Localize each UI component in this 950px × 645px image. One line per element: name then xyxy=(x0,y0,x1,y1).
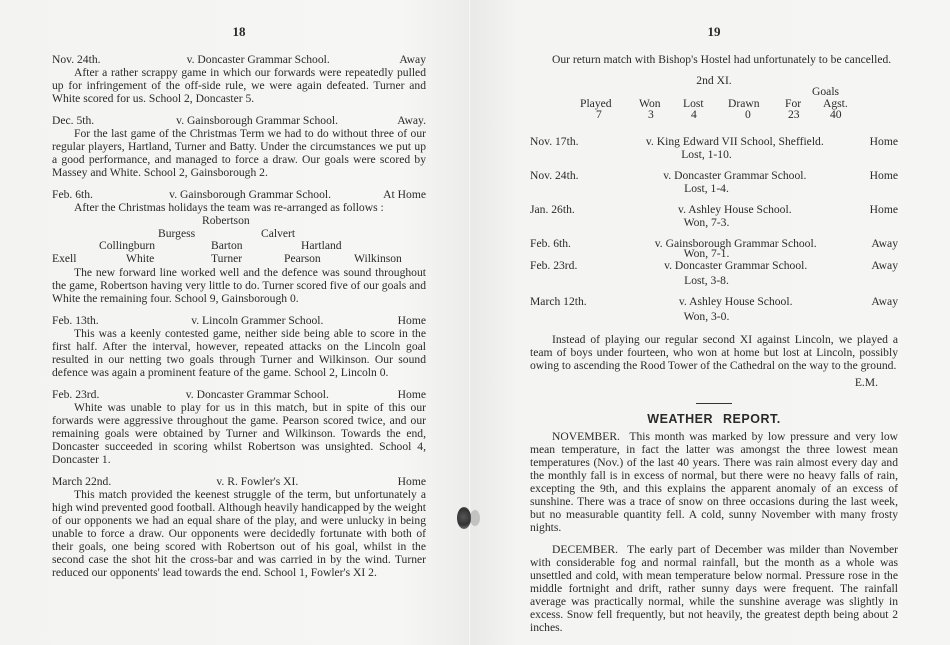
november-label: NOVEMBER. xyxy=(552,430,620,443)
result-date: Nov. 24th. xyxy=(530,169,620,182)
lineup-half: Barton xyxy=(211,240,243,253)
match-report: White was unable to play for us in this … xyxy=(52,401,426,466)
match-opponent: v. Gainsborough Grammar School. xyxy=(147,114,397,127)
match-date: Dec. 5th. xyxy=(52,114,147,127)
lineup-forward: Exell xyxy=(52,253,76,266)
result-opponent: v. Doncaster Grammar School. xyxy=(620,169,870,182)
lineup-half: Collingburn xyxy=(99,240,155,253)
booklet-spread: 18 Nov. 24th. v. Doncaster Grammar Schoo… xyxy=(0,0,950,645)
result-score: Won, 7-3. xyxy=(530,216,898,229)
match-opponent: v. Doncaster Grammar School. xyxy=(147,53,399,66)
result-opponent: v. King Edward VII School, Sheffield. xyxy=(620,135,870,148)
result-date: Jan. 26th. xyxy=(530,203,620,216)
result-venue: Home xyxy=(870,135,898,148)
page-number: 18 xyxy=(52,24,426,40)
result-entry: Feb. 23rd.v. Doncaster Grammar School.Aw… xyxy=(530,259,898,287)
result-score: Won, 3-0. xyxy=(530,310,898,323)
november-text: This month was marked by low pressure an… xyxy=(530,430,898,534)
match-venue: Home xyxy=(398,475,426,488)
result-venue: Away xyxy=(871,237,898,250)
second-xi-summary: Goals Played Won Lost Drawn For Agst. 7 … xyxy=(530,89,898,129)
weather-report-title: WEATHER REPORT. xyxy=(530,412,898,426)
second-xi-results: Nov. 17th.v. King Edward VII School, She… xyxy=(530,135,898,323)
lineup-forward: Wilkinson xyxy=(354,253,402,266)
result-venue: Away xyxy=(871,259,898,272)
match-report: This was a keenly contested game, neithe… xyxy=(52,327,426,379)
december-text: The early part of December was milder th… xyxy=(530,543,898,634)
result-score: Lost, 1-10. xyxy=(530,148,898,161)
value-lost: 4 xyxy=(691,109,697,121)
result-entry: Feb. 6th.v. Gainsborough Grammar School.… xyxy=(530,237,898,260)
result-date: Feb. 23rd. xyxy=(530,259,620,272)
match-opponent: v. Gainsborough Grammar School. xyxy=(147,188,383,201)
match-date: March 22nd. xyxy=(52,475,147,488)
match-report: The new forward line worked well and the… xyxy=(52,266,426,305)
section-divider xyxy=(696,403,732,404)
lineup-forward: White xyxy=(126,253,154,266)
lineup-goalkeeper: Robertson xyxy=(202,215,250,228)
result-date: Nov. 17th. xyxy=(530,135,620,148)
match-date: Feb. 6th. xyxy=(52,188,147,201)
match-venue: Away xyxy=(399,53,426,66)
value-drawn: 0 xyxy=(745,109,751,121)
match-date: Feb. 13th. xyxy=(52,314,147,327)
match-report: After a rather scrappy game in which our… xyxy=(52,66,426,105)
result-opponent: v. Doncaster Grammar School. xyxy=(620,259,871,272)
match-date: Nov. 24th. xyxy=(52,53,147,66)
match-date: Feb. 23rd. xyxy=(52,388,147,401)
match-header: Feb. 6th. v. Gainsborough Grammar School… xyxy=(52,188,426,201)
value-for: 23 xyxy=(788,109,800,121)
left-page: 18 Nov. 24th. v. Doncaster Grammar Schoo… xyxy=(0,0,470,645)
result-entry: Nov. 17th.v. King Edward VII School, She… xyxy=(530,135,898,161)
book-binding xyxy=(468,0,471,645)
match-header: March 22nd. v. R. Fowler's XI. Home xyxy=(52,475,426,488)
result-score: Lost, 3-8. xyxy=(530,274,898,287)
result-score: Lost, 1-4. xyxy=(530,182,898,195)
result-entry: Jan. 26th.v. Ashley House School.Home Wo… xyxy=(530,203,898,229)
result-opponent: v. Gainsborough Grammar School. xyxy=(620,237,871,250)
match-header: Nov. 24th. v. Doncaster Grammar School. … xyxy=(52,53,426,66)
result-venue: Home xyxy=(870,203,898,216)
match-report: This match provided the keenest struggle… xyxy=(52,488,426,579)
result-opponent: v. Ashley House School. xyxy=(620,295,871,308)
value-won: 3 xyxy=(648,109,654,121)
lineup-intro: After the Christmas holidays the team wa… xyxy=(52,201,426,214)
staple-mark xyxy=(457,507,471,529)
cancelled-note: Our return match with Bishop's Hostel ha… xyxy=(530,53,898,66)
result-entry: Nov. 24th.v. Doncaster Grammar School.Ho… xyxy=(530,169,898,195)
match-report: For the last game of the Christmas Term … xyxy=(52,127,426,179)
match-opponent: v. Doncaster Grammar School. xyxy=(147,388,398,401)
lineup-back: Calvert xyxy=(261,228,295,241)
result-entry: March 12th.v. Ashley House School.Away W… xyxy=(530,295,898,323)
page-number: 19 xyxy=(530,24,898,40)
lineup-forward: Pearson xyxy=(284,253,321,266)
closing-note: Instead of playing our regular second XI… xyxy=(530,333,898,372)
weather-december: DECEMBER. The early part of December was… xyxy=(530,543,898,634)
weather-november: NOVEMBER. This month was marked by low p… xyxy=(530,430,898,534)
match-header: Dec. 5th. v. Gainsborough Grammar School… xyxy=(52,114,426,127)
match-header: Feb. 23rd. v. Doncaster Grammar School. … xyxy=(52,388,426,401)
right-page: 19 Our return match with Bishop's Hostel… xyxy=(470,0,950,645)
value-against: 40 xyxy=(830,109,842,121)
match-venue: Home xyxy=(398,314,426,327)
team-lineup: Robertson Burgess Calvert Collingburn Ba… xyxy=(52,214,426,266)
result-venue: Home xyxy=(870,169,898,182)
result-date: March 12th. xyxy=(530,295,620,308)
lineup-forward: Turner xyxy=(211,253,242,266)
match-header: Feb. 13th. v. Lincoln Grammer School. Ho… xyxy=(52,314,426,327)
match-venue: Away. xyxy=(397,114,426,127)
match-venue: Home xyxy=(398,388,426,401)
lineup-back: Burgess xyxy=(158,228,195,241)
header-drawn: Drawn xyxy=(728,98,760,110)
december-label: DECEMBER. xyxy=(552,543,618,556)
lineup-half: Hartland xyxy=(301,240,342,253)
result-opponent: v. Ashley House School. xyxy=(620,203,870,216)
second-xi-title: 2nd XI. xyxy=(530,74,898,87)
result-venue: Away xyxy=(871,295,898,308)
staple-shadow xyxy=(470,510,480,526)
result-date: Feb. 6th. xyxy=(530,237,620,250)
value-played: 7 xyxy=(596,109,602,121)
author-initials: E.M. xyxy=(530,376,898,389)
match-opponent: v. Lincoln Grammer School. xyxy=(147,314,398,327)
match-venue: At Home xyxy=(383,188,426,201)
match-opponent: v. R. Fowler's XI. xyxy=(147,475,398,488)
